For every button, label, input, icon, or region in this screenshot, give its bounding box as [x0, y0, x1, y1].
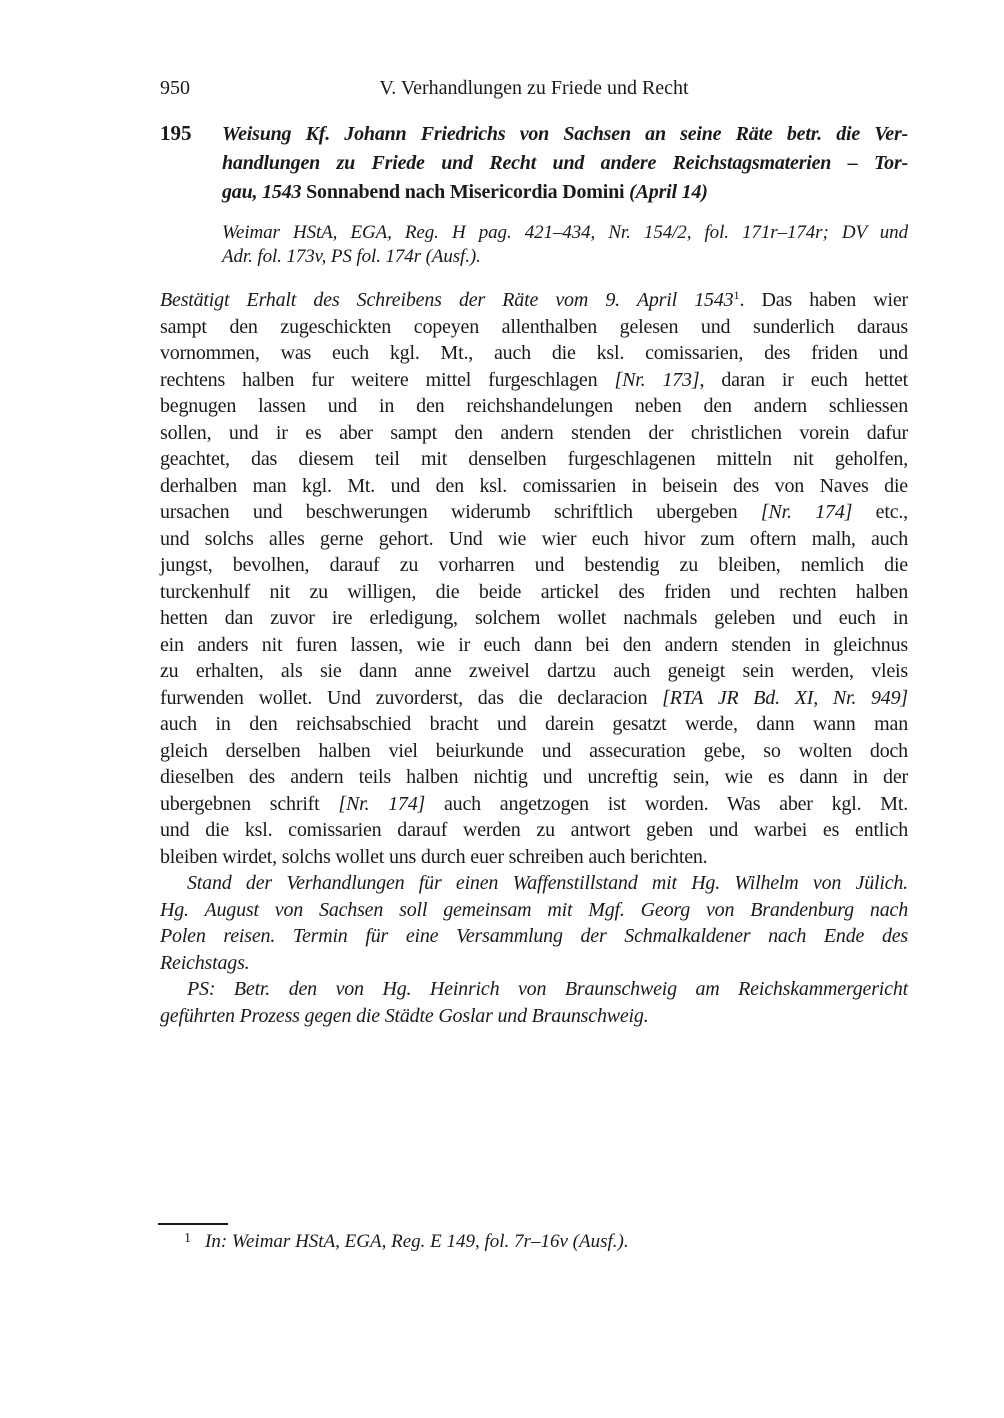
body-text: ubergebnen schrift — [160, 793, 338, 815]
postscript-line: PS: Betr. den von Hg. Heinrich von Braun… — [160, 976, 908, 1003]
entry-number: 195 — [160, 121, 192, 146]
body-line: begnugen lassen und in den reichshandelu… — [160, 393, 908, 420]
body-line: vornommen, was euch kgl. Mt., auch die k… — [160, 340, 908, 367]
body-line: geachtet, das diesem teil mit denselben … — [160, 446, 908, 473]
body-line: jungst, bevolhen, darauf zu vorharren un… — [160, 552, 908, 579]
entry-title-line: gau, 1543 Sonnabend nach Misericordia Do… — [222, 178, 908, 207]
body-line: sampt den zugeschickten copeyen allentha… — [160, 314, 908, 341]
body-line: furwenden wollet. Und zuvorderst, das di… — [160, 685, 908, 712]
document-reference: [RTA JR Bd. XI, Nr. 949] — [662, 687, 908, 709]
summary-line: Polen reisen. Termin für eine Versammlun… — [160, 923, 908, 950]
document-page: 950 V. Verhandlungen zu Friede und Recht… — [0, 0, 1004, 1418]
body-line: dieselben des andern teils halben nichti… — [160, 764, 908, 791]
entry-title: Weisung Kf. Johann Friedrichs von Sachse… — [222, 120, 908, 207]
summary-line: Stand der Verhandlungen für einen Waffen… — [160, 870, 908, 897]
body-line: ein anders nit furen lassen, wie ir euch… — [160, 632, 908, 659]
entry-title-line: handlungen zu Friede und Recht und ander… — [222, 149, 908, 178]
postscript-line: geführten Prozess gegen die Städte Gosla… — [160, 1003, 908, 1030]
body-line: hetten dan zuvor ire erledigung, solchem… — [160, 605, 908, 632]
footnote-text: In: Weimar HStA, EGA, Reg. E 149, fol. 7… — [205, 1231, 629, 1252]
body-text: furwenden wollet. Und zuvorderst, das di… — [160, 687, 662, 709]
body-text: ursachen und beschwerungen widerumb schr… — [160, 501, 761, 523]
document-body: Bestätigt Erhalt des Schreibens der Räte… — [160, 287, 908, 1029]
page-header: 950 V. Verhandlungen zu Friede und Recht — [160, 76, 908, 100]
body-text: auch angetzogen ist worden. Was aber kgl… — [425, 793, 908, 815]
document-reference: [Nr. 173] — [614, 369, 699, 391]
title-date-paren: (April 14) — [629, 181, 708, 203]
body-line: rechtens halben fur weitere mittel furge… — [160, 367, 908, 394]
source-citation: Weimar HStA, EGA, Reg. H pag. 421–434, N… — [222, 221, 908, 269]
body-line: turckenhulf nit zu willigen, die beide a… — [160, 579, 908, 606]
body-line: auch in den reichsabschied bracht und da… — [160, 711, 908, 738]
running-head: V. Verhandlungen zu Friede und Recht — [160, 76, 908, 100]
entry-header: 195 Weisung Kf. Johann Friedrichs von Sa… — [160, 120, 908, 207]
summary-line: Reichstags. — [160, 950, 908, 977]
source-line: Adr. fol. 173v, PS fol. 174r (Ausf.). — [222, 245, 908, 269]
summary-italic: Bestätigt Erhalt des Schreibens der Räte… — [160, 289, 733, 311]
body-line: ursachen und beschwerungen widerumb schr… — [160, 499, 908, 526]
body-text: rechtens halben fur weitere mittel furge… — [160, 369, 614, 391]
body-line: und die ksl. comissarien darauf werden z… — [160, 817, 908, 844]
entry-title-line: Weisung Kf. Johann Friedrichs von Sachse… — [222, 120, 908, 149]
body-line: und solchs alles gerne gehort. Und wie w… — [160, 526, 908, 553]
footnote-marker: 1 — [184, 1227, 191, 1251]
footnote-separator — [158, 1223, 228, 1225]
body-line: bleiben wirdet, solchs wollet uns durch … — [160, 844, 908, 871]
body-line: derhalben man kgl. Mt. und den ksl. comi… — [160, 473, 908, 500]
footnote: 1In: Weimar HStA, EGA, Reg. E 149, fol. … — [160, 1227, 908, 1254]
body-line: gleich derselben halben viel beiurkunde … — [160, 738, 908, 765]
body-line: Bestätigt Erhalt des Schreibens der Räte… — [160, 287, 908, 314]
title-feast-day: Sonnabend nach Misericordia Domini — [306, 181, 629, 203]
body-text: etc., — [852, 501, 908, 523]
body-line: zu erhalten, als sie dann anne zweivel d… — [160, 658, 908, 685]
document-reference: [Nr. 174] — [338, 793, 425, 815]
document-reference: [Nr. 174] — [761, 501, 852, 523]
body-text: , daran ir euch hettet — [699, 369, 908, 391]
title-date-italic: gau, 1543 — [222, 181, 306, 203]
body-line: sollen, und ir es aber sampt den andern … — [160, 420, 908, 447]
body-line: ubergebnen schrift [Nr. 174] auch angetz… — [160, 791, 908, 818]
source-line: Weimar HStA, EGA, Reg. H pag. 421–434, N… — [222, 221, 908, 245]
page-number: 950 — [160, 76, 190, 100]
body-text: . Das haben wier — [739, 289, 908, 311]
summary-line: Hg. August von Sachsen soll gemeinsam mi… — [160, 897, 908, 924]
